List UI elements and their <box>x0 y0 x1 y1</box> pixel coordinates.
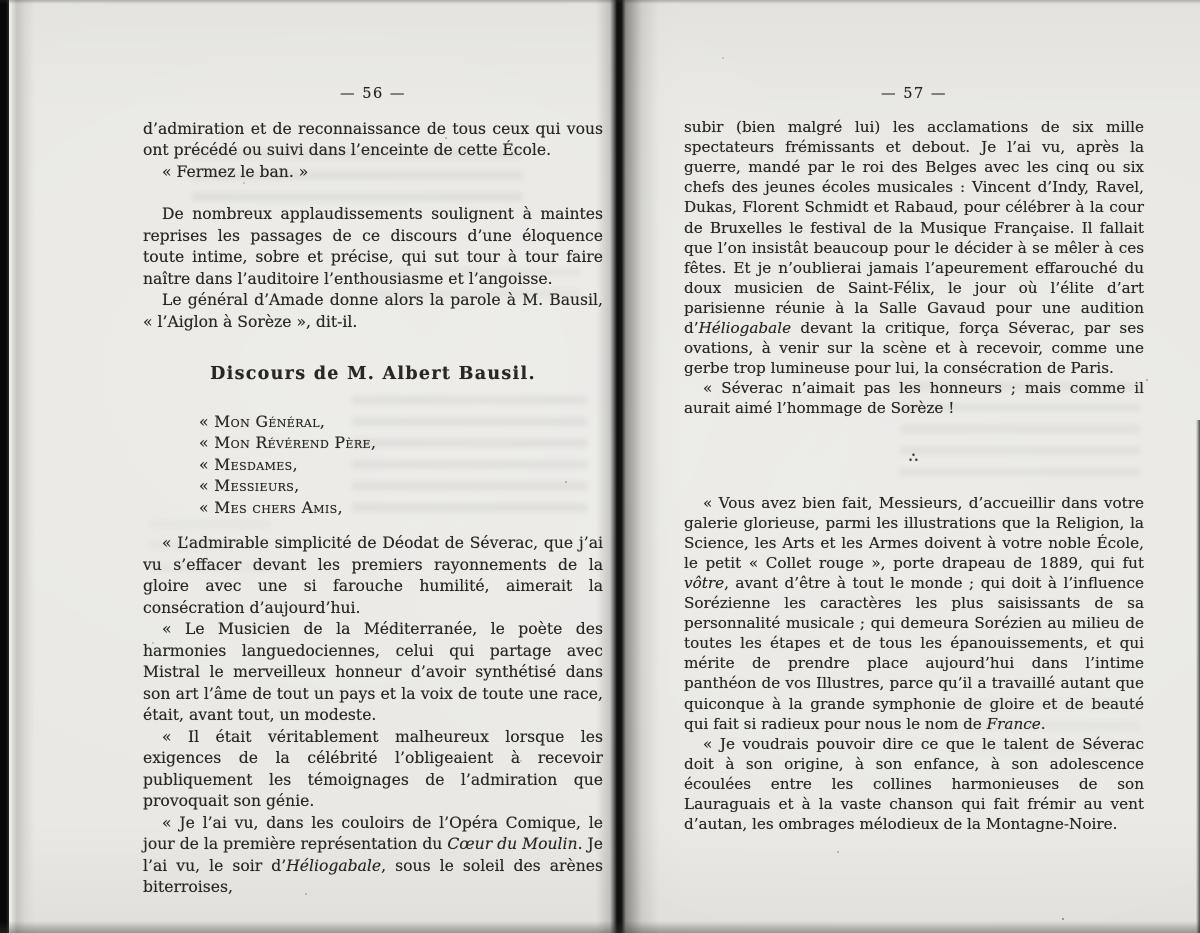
paragraph: subir (bien malgré lui) les acclamations… <box>684 117 1144 378</box>
salutation-list: « Mon Général, « Mon Révérend Père, « Me… <box>199 412 603 520</box>
scan-top-edge <box>0 0 1200 4</box>
paragraph-text: « Séverac n’aimait pas les honneurs ; ma… <box>684 379 1144 417</box>
salutation-line: « Mon Révérend Père, <box>199 433 603 455</box>
paragraph-text: « L’admirable simplicité de Déodat de Sé… <box>143 534 603 617</box>
paragraph-text: « Il était véritablement malheureux lors… <box>143 728 603 811</box>
paragraph: « Je voudrais pouvoir dire ce que le tal… <box>684 734 1144 834</box>
italic-word: vôtre <box>684 574 724 592</box>
scan-bottom-edge <box>0 921 1200 933</box>
paragraph-text: « Fermez le ban. » <box>162 163 308 181</box>
page-left-edge-shadow <box>9 0 35 933</box>
page-number: — 56 — <box>143 84 603 106</box>
book-gutter <box>596 0 684 933</box>
paragraph-text: « Je voudrais pouvoir dire ce que le tal… <box>684 735 1144 833</box>
salutation-line: « Mon Général, <box>199 412 603 434</box>
page-number: — 57 — <box>684 84 1144 104</box>
paragraph: « Fermez le ban. » <box>143 162 603 184</box>
italic-title: Héliogabale <box>699 319 792 337</box>
salutation-line: « Mesdames, <box>199 455 603 477</box>
paragraph: « L’admirable simplicité de Déodat de Sé… <box>143 533 603 619</box>
paragraph-text: De nombreux applaudissements soulignent … <box>143 205 603 288</box>
paragraph: « Je l’ai vu, dans les couloirs de l’Opé… <box>143 813 603 899</box>
scan-right-edge <box>1196 420 1200 933</box>
page-57: — 57 — subir (bien malgré lui) les accla… <box>684 84 1144 834</box>
paragraph: d’admiration et de reconnaissance de tou… <box>143 119 603 162</box>
salutation-line: « Mes chers Amis, <box>199 498 603 520</box>
paragraph-text: , avant d’être à tout le monde ; qui doi… <box>684 574 1144 733</box>
paragraph-text: Le général d’Amade donne alors la parole… <box>143 291 603 331</box>
italic-title: Héliogabale <box>286 857 381 875</box>
paragraph-text: d’admiration et de reconnaissance de tou… <box>143 120 603 160</box>
paragraph-text: subir (bien malgré lui) les acclamations… <box>684 118 1144 337</box>
paragraph-text: « Vous avez bien fait, Messieurs, d’accu… <box>684 494 1144 572</box>
paragraph: De nombreux applaudissements soulignent … <box>143 204 603 290</box>
page-56: — 56 — d’admiration et de reconnaissance… <box>143 84 603 899</box>
italic-title: Cœur du Moulin <box>447 835 577 853</box>
salutation-line: « Messieurs, <box>199 476 603 498</box>
paragraph: « Vous avez bien fait, Messieurs, d’accu… <box>684 493 1144 734</box>
paragraph: « Séverac n’aimait pas les honneurs ; ma… <box>684 378 1144 418</box>
paragraph-text: « Le Musicien de la Méditerranée, le poè… <box>143 620 603 724</box>
paragraph: « Il était véritablement malheureux lors… <box>143 727 603 813</box>
paragraph: « Le Musicien de la Méditerranée, le poè… <box>143 619 603 727</box>
italic-word: France <box>987 715 1041 733</box>
scan-left-edge <box>0 0 9 933</box>
paragraph-text: . <box>1041 715 1046 733</box>
paragraph: Le général d’Amade donne alors la parole… <box>143 290 603 333</box>
section-heading: Discours de M. Albert Bausil. <box>143 364 603 386</box>
asterism-separator: ∴ <box>684 448 1144 468</box>
